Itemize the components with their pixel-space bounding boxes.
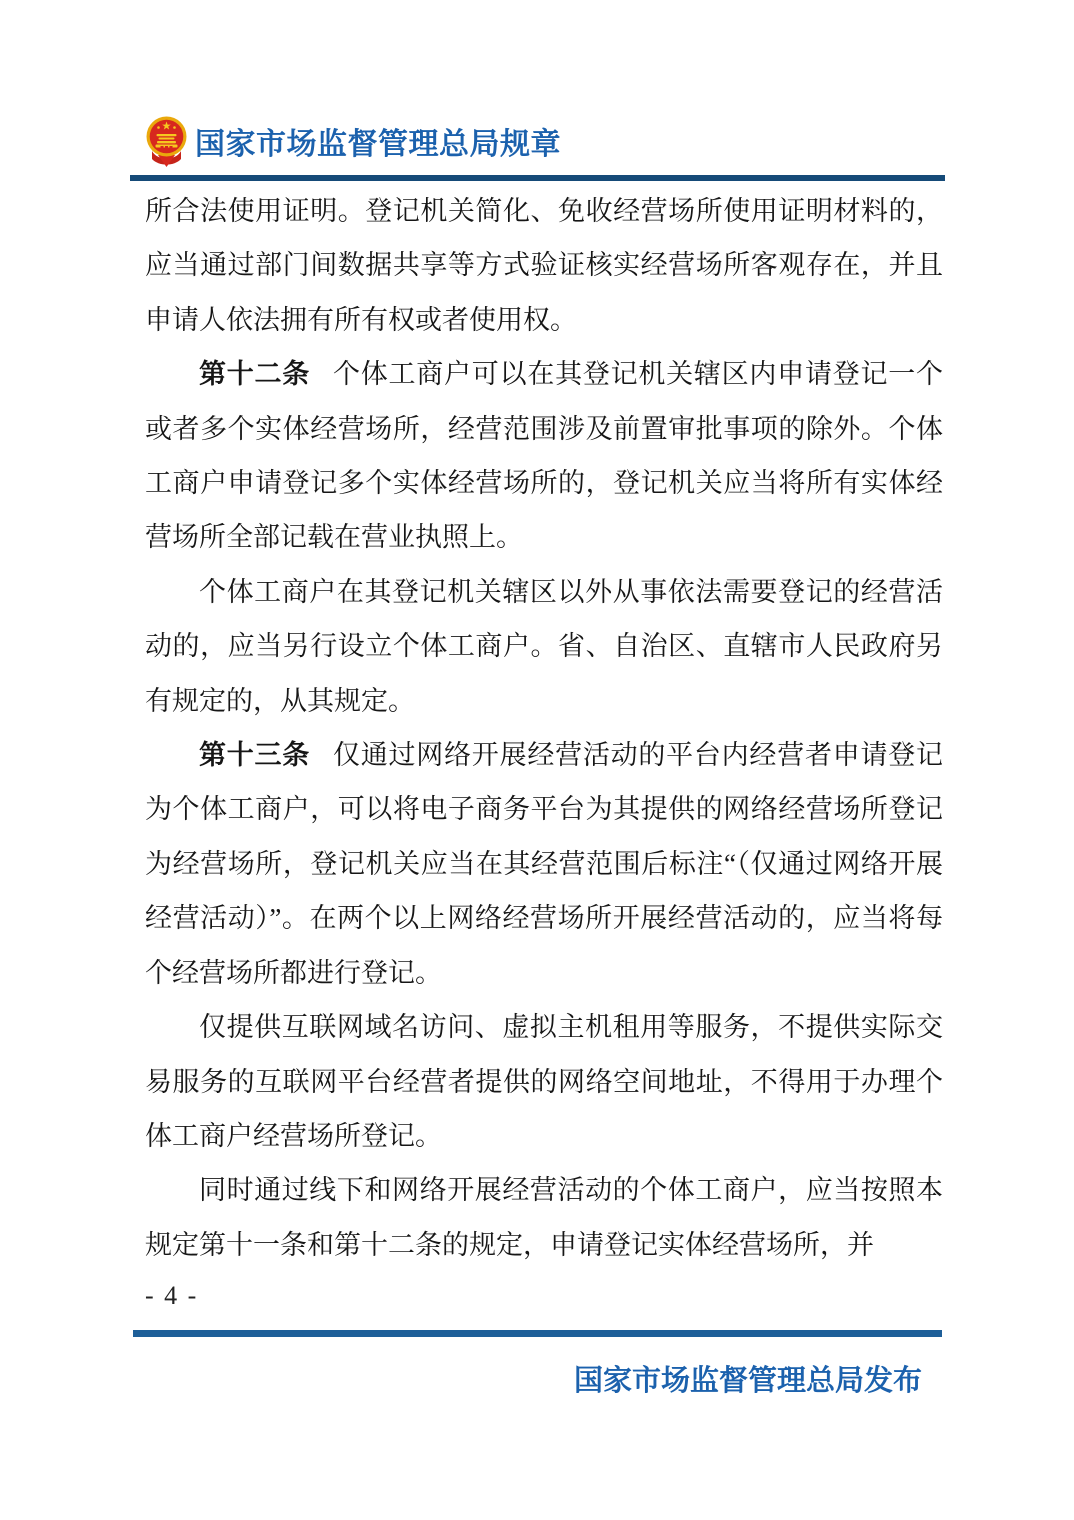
- paragraph-text: 仅提供互联网域名访问、虚拟主机租用等服务，不提供实际交易服务的互联网平台经营者提…: [145, 1012, 943, 1151]
- paragraph-text: 仅通过网络开展经营活动的平台内经营者申请登记为个体工商户，可以将电子商务平台为其…: [145, 740, 943, 988]
- document-page: 国家市场监督管理总局规章 所合法使用证明。登记机关简化、免收经营场所使用证明材料…: [0, 0, 1074, 1520]
- paragraph-text: 个体工商户在其登记机关辖区以外从事依法需要登记的经营活动的，应当另行设立个体工商…: [145, 577, 943, 716]
- article-number-label: 第十二条: [199, 359, 310, 389]
- body-paragraph: 同时通过线下和网络开展经营活动的个体工商户，应当按照本规定第十一条和第十二条的规…: [145, 1163, 943, 1272]
- paragraph-text: 所合法使用证明。登记机关简化、免收经营场所使用证明材料的，应当通过部门间数据共享…: [145, 196, 943, 335]
- china-national-emblem-icon: [145, 115, 188, 167]
- body-paragraph: 仅提供互联网域名访问、虚拟主机租用等服务，不提供实际交易服务的互联网平台经营者提…: [145, 1000, 943, 1163]
- page-number: - 4 -: [145, 1281, 198, 1311]
- article-number-label: 第十三条: [199, 740, 310, 770]
- footer-divider: [133, 1330, 942, 1337]
- body-paragraph: 第十二条个体工商户可以在其登记机关辖区内申请登记一个或者多个实体经营场所，经营范…: [145, 347, 943, 565]
- header-divider: [130, 175, 945, 181]
- publisher-label: 国家市场监督管理总局发布: [574, 1358, 922, 1399]
- body-paragraph: 所合法使用证明。登记机关简化、免收经营场所使用证明材料的，应当通过部门间数据共享…: [145, 184, 943, 347]
- document-body: 所合法使用证明。登记机关简化、免收经营场所使用证明材料的，应当通过部门间数据共享…: [145, 184, 943, 1272]
- body-paragraph: 第十三条仅通过网络开展经营活动的平台内经营者申请登记为个体工商户，可以将电子商务…: [145, 728, 943, 1000]
- document-header-title: 国家市场监督管理总局规章: [195, 119, 561, 163]
- paragraph-text: 同时通过线下和网络开展经营活动的个体工商户，应当按照本规定第十一条和第十二条的规…: [145, 1175, 943, 1259]
- document-header: 国家市场监督管理总局规章: [145, 114, 561, 168]
- body-paragraph: 个体工商户在其登记机关辖区以外从事依法需要登记的经营活动的，应当另行设立个体工商…: [145, 565, 943, 728]
